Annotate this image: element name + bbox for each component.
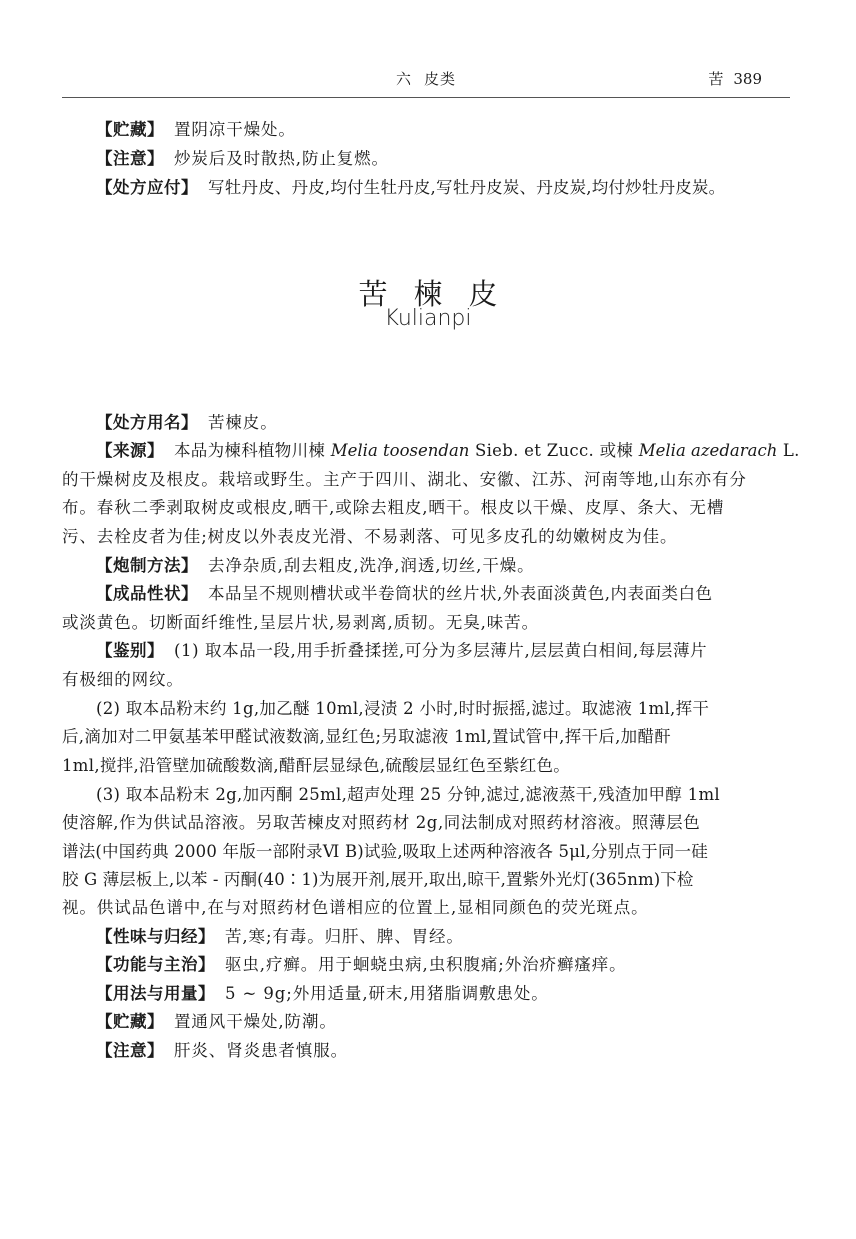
section-text: 苦,寒;有毒。归肝、脾、胃经。	[225, 927, 464, 946]
prescription-name: 【处方用名】苦楝皮。	[96, 409, 778, 437]
usage-dosage: 【用法与用量】5 ~ 9g;外用适量,研末,用猪脂调敷患处。	[96, 980, 778, 1008]
section-text: 肝炎、肾炎患者慎服。	[174, 1041, 348, 1060]
ident-p3-line-2: 使溶解,作为供试品溶液。另取苦楝皮对照药材 2g,同法制成对照药材溶液。照薄层色	[62, 809, 778, 837]
ident-p2-line-1: (2) 取本品粉末约 1g,加乙醚 10ml,浸渍 2 小时,时时振摇,滤过。取…	[96, 695, 778, 723]
section-text: 驱虫,疗癣。用于蛔蛲虫病,虫积腹痛;外治疥癣瘙痒。	[225, 955, 627, 974]
section-label: 【用法与用量】	[96, 984, 215, 1003]
section-label: 【处方应付】	[96, 178, 198, 197]
section-label: 【性味与归经】	[96, 927, 215, 946]
section-label: 【炮制方法】	[96, 556, 198, 575]
running-header: 六皮类 苦389	[62, 66, 790, 96]
section-label: 【鉴别】	[96, 641, 164, 660]
section-text: 写牡丹皮、丹皮,均付生牡丹皮,写牡丹皮炭、丹皮炭,均付炒牡丹皮炭。	[208, 178, 725, 197]
ident-p2-line-2: 后,滴加对二甲氨基苯甲醛试液数滴,显红色;另取滤液 1ml,置试管中,挥干后,加…	[62, 723, 778, 751]
traits-line-2: 或淡黄色。切断面纤维性,呈层片状,易剥离,质韧。无臭,味苦。	[62, 609, 778, 637]
function-indication: 【功能与主治】驱虫,疗癣。用于蛔蛲虫病,虫积腹痛;外治疥癣瘙痒。	[96, 951, 778, 979]
section-label: 【功能与主治】	[96, 955, 215, 974]
index-char: 苦	[708, 70, 723, 88]
chapter-heading: 六皮类	[62, 68, 790, 89]
section-label: 【来源】	[96, 441, 164, 460]
section-label: 【注意】	[96, 1041, 164, 1060]
caution: 【注意】肝炎、肾炎患者慎服。	[96, 1037, 778, 1065]
source-line-4: 污、去栓皮者为佳;树皮以外表皮光滑、不易剥落、可见多皮孔的幼嫩树皮为佳。	[62, 523, 778, 551]
ident-p3-line-5: 视。供试品色谱中,在与对照药材色谱相应的位置上,显相同颜色的荧光斑点。	[62, 894, 778, 922]
book-page: 六皮类 苦389 【贮藏】置阴凉干燥处。 【注意】炒炭后及时散热,防止复燃。 【…	[0, 0, 856, 1239]
page-number: 389	[733, 70, 762, 88]
prev-caution: 【注意】炒炭后及时散热,防止复燃。	[96, 145, 778, 173]
source-line-1: 【来源】本品为楝科植物川楝 Melia toosendan Sieb. et Z…	[96, 437, 778, 465]
ident-p3-line-1: (3) 取本品粉末 2g,加丙酮 25ml,超声处理 25 分钟,滤过,滤液蒸干…	[96, 781, 778, 809]
chapter-number: 六	[396, 70, 412, 88]
section-text: 5 ~ 9g;外用适量,研末,用猪脂调敷患处。	[225, 984, 549, 1003]
section-label: 【注意】	[96, 149, 164, 168]
section-label: 【贮藏】	[96, 120, 164, 139]
chapter-title: 皮类	[424, 70, 456, 88]
prev-prescription: 【处方应付】写牡丹皮、丹皮,均付生牡丹皮,写牡丹皮炭、丹皮炭,均付炒牡丹皮炭。	[96, 174, 778, 202]
prev-storage: 【贮藏】置阴凉干燥处。	[96, 116, 778, 144]
latin-name: Melia toosendan	[331, 441, 470, 460]
nature-meridian: 【性味与归经】苦,寒;有毒。归肝、脾、胃经。	[96, 923, 778, 951]
ident-p1-line-2: 有极细的网纹。	[62, 666, 778, 694]
latin-name: Melia azedarach	[639, 441, 778, 460]
ident-p3-line-3: 谱法(中国药典 2000 年版一部附录Ⅵ B)试验,吸取上述两种溶液各 5μl,…	[62, 838, 778, 866]
section-label: 【贮藏】	[96, 1012, 164, 1031]
header-rule	[62, 97, 790, 98]
section-text: 苦楝皮。	[208, 413, 278, 432]
ident-p2-line-3: 1ml,搅拌,沿管壁加硫酸数滴,醋酐层显绿色,硫酸层显红色至紫红色。	[62, 752, 778, 780]
section-text: 炒炭后及时散热,防止复燃。	[174, 149, 389, 168]
section-label: 【处方用名】	[96, 413, 198, 432]
entry-pinyin: Kulianpi	[0, 306, 856, 331]
page-marker: 苦389	[708, 68, 762, 89]
section-text: 置阴凉干燥处。	[174, 120, 296, 139]
processing: 【炮制方法】去净杂质,刮去粗皮,洗净,润透,切丝,干燥。	[96, 552, 778, 580]
traits-line-1: 【成品性状】本品呈不规则槽状或半卷筒状的丝片状,外表面淡黄色,内表面类白色	[96, 580, 778, 608]
source-line-3: 布。春秋二季剥取树皮或根皮,晒干,或除去粗皮,晒干。根皮以干燥、皮厚、条大、无槽	[62, 494, 778, 522]
source-line-2: 的干燥树皮及根皮。栽培或野生。主产于四川、湖北、安徽、江苏、河南等地,山东亦有分	[62, 466, 778, 494]
ident-p3-line-4: 胶 G 薄层板上,以苯 - 丙酮(40∶1)为展开剂,展开,取出,晾干,置紫外光…	[62, 866, 778, 894]
storage: 【贮藏】置通风干燥处,防潮。	[96, 1008, 778, 1036]
ident-p1-line-1: 【鉴别】(1) 取本品一段,用手折叠揉搓,可分为多层薄片,层层黄白相间,每层薄片	[96, 637, 778, 665]
section-text: 置通风干燥处,防潮。	[174, 1012, 337, 1031]
section-label: 【成品性状】	[96, 584, 198, 603]
section-text: 去净杂质,刮去粗皮,洗净,润透,切丝,干燥。	[208, 556, 535, 575]
